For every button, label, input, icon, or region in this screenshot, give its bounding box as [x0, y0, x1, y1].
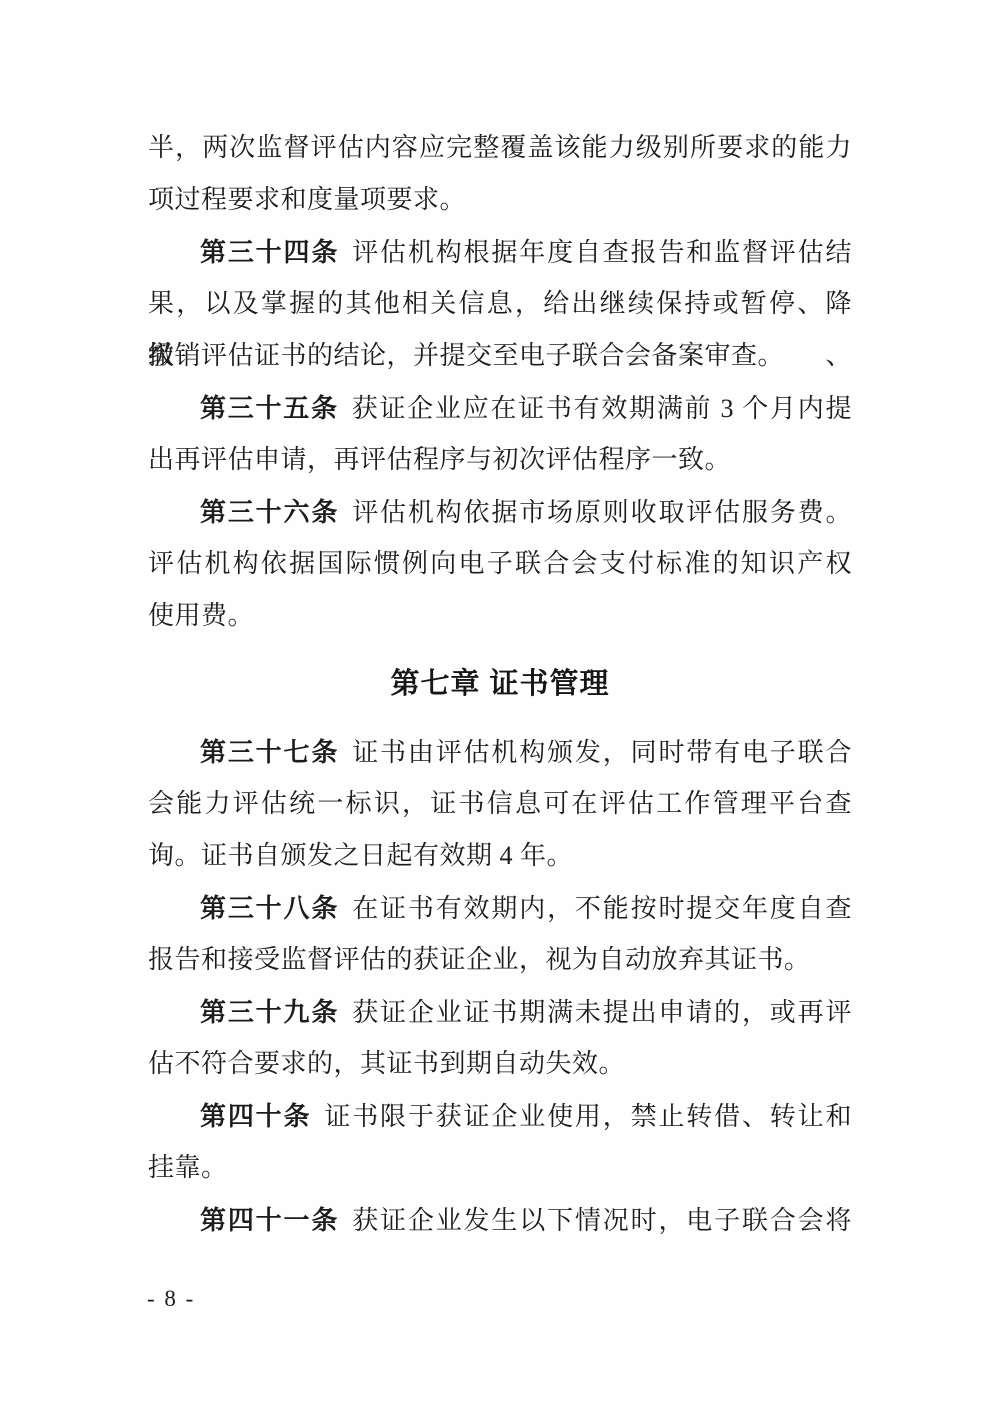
line-text: 挂靠。: [148, 1153, 228, 1182]
article-number: 第三十六条: [200, 497, 339, 527]
line-text: 证书由评估机构颁发，同时带有电子联合: [352, 738, 852, 767]
article-number: 第三十九条: [200, 997, 339, 1027]
line-text: 询。证书自颁发之日起有效期 4 年。: [148, 841, 573, 870]
line-text: 证书限于获证企业使用，禁止转借、转让和: [324, 1102, 852, 1131]
article-number: 第三十七条: [200, 737, 339, 767]
article-number: 第四十条: [200, 1101, 311, 1131]
text-line: 第三十七条证书由评估机构颁发，同时带有电子联合: [148, 726, 852, 778]
text-line: 第三十九条获证企业证书期满未提出申请的，或再评: [148, 986, 852, 1038]
text-line: 估不符合要求的，其证书到期自动失效。: [148, 1038, 852, 1090]
line-text: 评估机构依据市场原则收取评估服务费。: [352, 498, 852, 527]
line-text: 报告和接受监督评估的获证企业，视为自动放弃其证书。: [148, 945, 811, 974]
text-line: 出再评估申请，再评估程序与初次评估程序一致。: [148, 434, 852, 486]
line-text: 评估机构依据国际惯例向电子联合会支付标准的知识产权: [148, 549, 852, 578]
text-line: 报告和接受监督评估的获证企业，视为自动放弃其证书。: [148, 934, 852, 986]
line-text: 撤销评估证书的结论，并提交至电子联合会备案审查。: [148, 341, 784, 370]
text-line: 第三十六条评估机构依据市场原则收取评估服务费。: [148, 486, 852, 538]
text-line: 第三十四条评估机构根据年度自查报告和监督评估结: [148, 226, 852, 278]
text-line: 撤销评估证书的结论，并提交至电子联合会备案审查。: [148, 330, 852, 382]
line-text: 获证企业应在证书有效期满前 3 个月内提: [352, 394, 852, 423]
line-text: 会能力评估统一标识，证书信息可在评估工作管理平台查: [148, 789, 852, 818]
article-number: 第四十一条: [200, 1205, 339, 1235]
article-number: 第三十四条: [200, 237, 339, 267]
line-text: 获证企业发生以下情况时，电子联合会将: [352, 1206, 852, 1235]
text-line: 第三十五条获证企业应在证书有效期满前 3 个月内提: [148, 382, 852, 434]
text-line: 果，以及掌握的其他相关信息，给出继续保持或暂停、降级、: [148, 278, 852, 330]
text-line: 询。证书自颁发之日起有效期 4 年。: [148, 830, 852, 882]
text-line: 项过程要求和度量项要求。: [148, 174, 852, 226]
line-text: 使用费。: [148, 601, 254, 630]
line-text: 在证书有效期内，不能按时提交年度自查: [352, 894, 852, 923]
line-text: 获证企业证书期满未提出申请的，或再评: [352, 998, 852, 1027]
text-line: 使用费。: [148, 590, 852, 642]
article-number: 第三十八条: [200, 893, 339, 923]
line-text: 半，两次监督评估内容应完整覆盖该能力级别所要求的能力: [148, 133, 852, 162]
article-number: 第三十五条: [200, 393, 339, 423]
text-line: 半，两次监督评估内容应完整覆盖该能力级别所要求的能力: [148, 122, 852, 174]
text-line: 会能力评估统一标识，证书信息可在评估工作管理平台查: [148, 778, 852, 830]
text-line: 第四十条证书限于获证企业使用，禁止转借、转让和: [148, 1090, 852, 1142]
document-body: 半，两次监督评估内容应完整覆盖该能力级别所要求的能力项过程要求和度量项要求。第三…: [148, 122, 852, 1246]
line-text: 出再评估申请，再评估程序与初次评估程序一致。: [148, 445, 731, 474]
text-line: 评估机构依据国际惯例向电子联合会支付标准的知识产权: [148, 538, 852, 590]
chapter-heading: 第七章 证书管理: [148, 658, 852, 710]
text-line: 挂靠。: [148, 1142, 852, 1194]
line-text: 评估机构根据年度自查报告和监督评估结: [352, 238, 852, 267]
document-page: 半，两次监督评估内容应完整覆盖该能力级别所要求的能力项过程要求和度量项要求。第三…: [0, 0, 1000, 1414]
text-line: 第四十一条获证企业发生以下情况时，电子联合会将: [148, 1194, 852, 1246]
line-text: 项过程要求和度量项要求。: [148, 185, 466, 214]
page-number: - 8 -: [147, 1286, 195, 1312]
line-text: 估不符合要求的，其证书到期自动失效。: [148, 1049, 625, 1078]
text-line: 第三十八条在证书有效期内，不能按时提交年度自查: [148, 882, 852, 934]
